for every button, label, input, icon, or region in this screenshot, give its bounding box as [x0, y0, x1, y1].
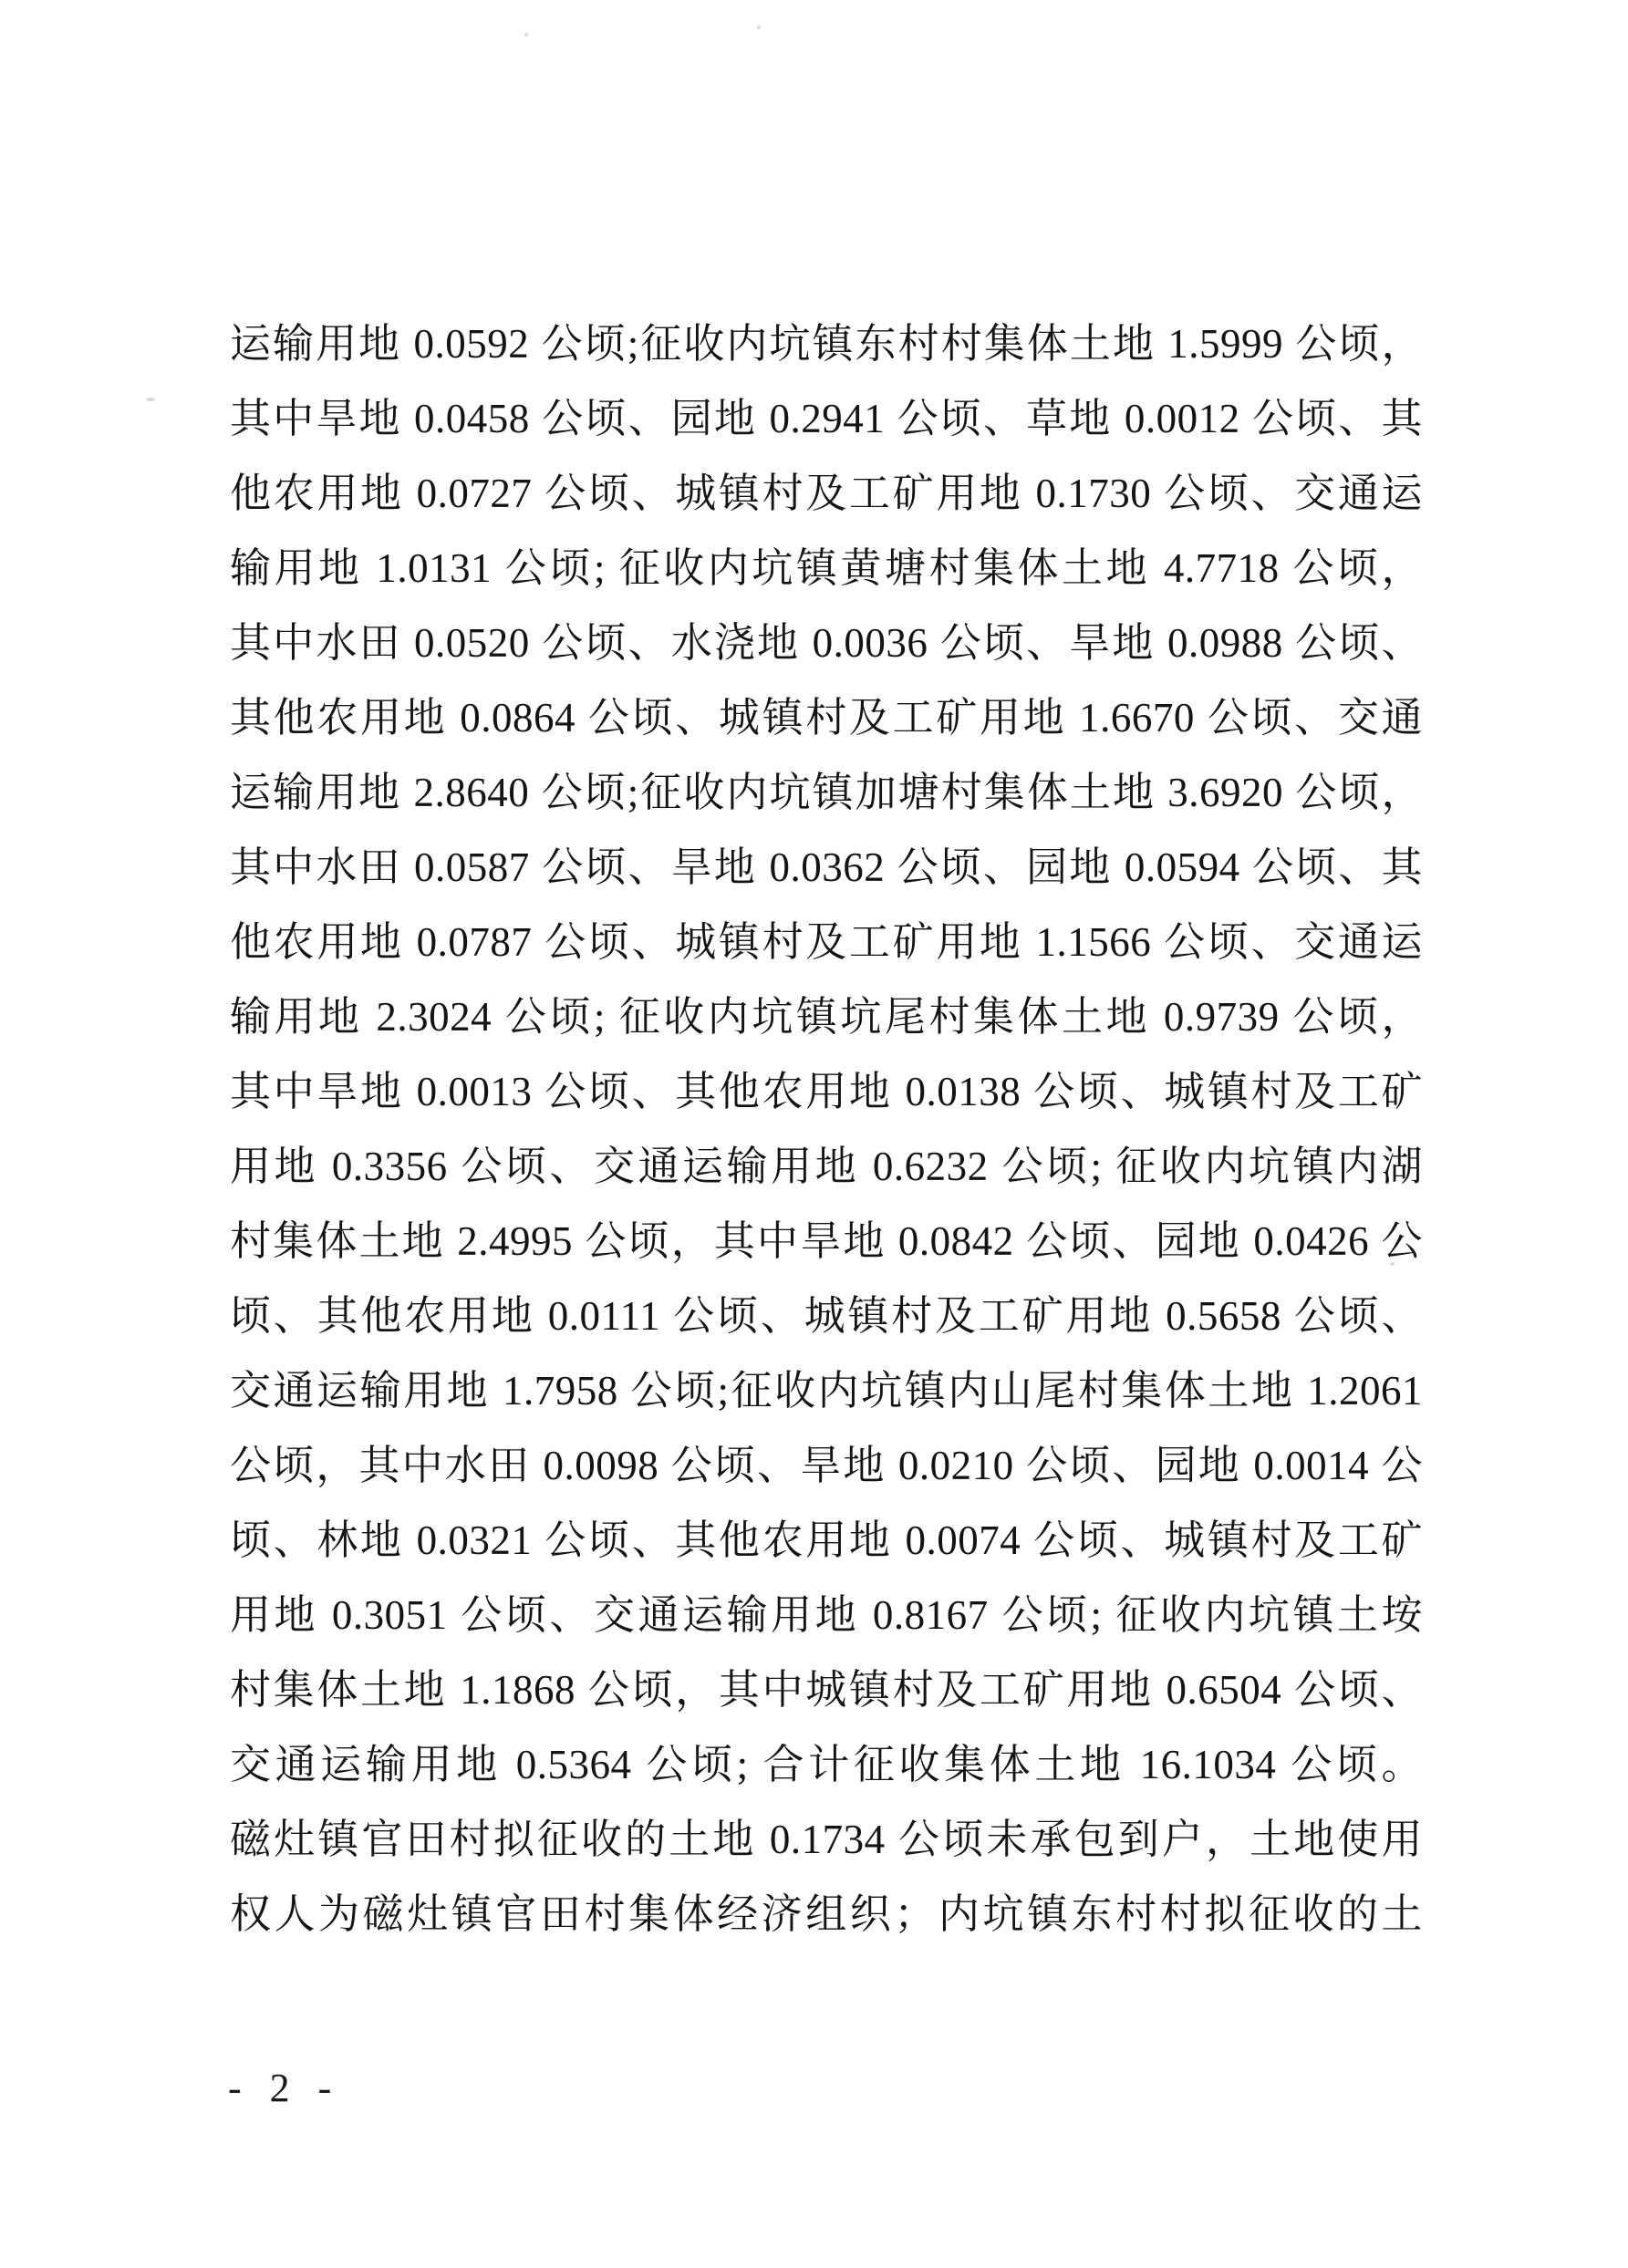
document-line: 交通运输用地 1.7958 公顷;征收内坑镇内山尾村集体土地 1.2061	[230, 1353, 1423, 1428]
document-line: 磁灶镇官田村拟征收的土地 0.1734 公顷未承包到户，土地使用	[230, 1802, 1423, 1877]
document-line: 运输用地 0.0592 公顷;征收内坑镇东村村集体土地 1.5999 公顷，	[230, 306, 1423, 381]
scanned-document-page: 运输用地 0.0592 公顷;征收内坑镇东村村集体土地 1.5999 公顷， 其…	[0, 0, 1628, 2268]
document-line: 其中旱地 0.0013 公顷、其他农用地 0.0138 公顷、城镇村及工矿	[230, 1054, 1423, 1129]
document-line: 公顷，其中水田 0.0098 公顷、旱地 0.0210 公顷、园地 0.0014…	[230, 1428, 1423, 1503]
document-line: 运输用地 2.8640 公顷;征收内坑镇加塘村集体土地 3.6920 公顷，	[230, 755, 1423, 830]
document-line: 他农用地 0.0787 公顷、城镇村及工矿用地 1.1566 公顷、交通运	[230, 905, 1423, 979]
document-line: 其中水田 0.0520 公顷、水浇地 0.0036 公顷、旱地 0.0988 公…	[230, 606, 1423, 680]
document-line: 他农用地 0.0727 公顷、城镇村及工矿用地 0.1730 公顷、交通运	[230, 456, 1423, 531]
document-line: 其他农用地 0.0864 公顷、城镇村及工矿用地 1.6670 公顷、交通	[230, 680, 1423, 755]
scan-artifact	[757, 26, 761, 29]
page-number: - 2 -	[228, 2068, 340, 2108]
document-line: 输用地 1.0131 公顷; 征收内坑镇黄塘村集体土地 4.7718 公顷，	[230, 531, 1423, 606]
document-line: 其中旱地 0.0458 公顷、园地 0.2941 公顷、草地 0.0012 公顷…	[230, 381, 1423, 456]
document-line: 村集体土地 2.4995 公顷，其中旱地 0.0842 公顷、园地 0.0426…	[230, 1204, 1423, 1279]
document-line: 输用地 2.3024 公顷; 征收内坑镇坑尾村集体土地 0.9739 公顷，	[230, 979, 1423, 1054]
document-line: 顷、林地 0.0321 公顷、其他农用地 0.0074 公顷、城镇村及工矿	[230, 1503, 1423, 1578]
document-line: 交通运输用地 0.5364 公顷; 合计征收集体土地 16.1034 公顷。	[230, 1727, 1423, 1802]
scan-artifact	[146, 398, 155, 401]
document-line: 用地 0.3356 公顷、交通运输用地 0.6232 公顷; 征收内坑镇内湖	[230, 1129, 1423, 1204]
document-line: 其中水田 0.0587 公顷、旱地 0.0362 公顷、园地 0.0594 公顷…	[230, 830, 1423, 905]
document-line: 顷、其他农用地 0.0111 公顷、城镇村及工矿用地 0.5658 公顷、	[230, 1279, 1423, 1353]
scan-artifact	[524, 33, 528, 36]
document-line: 村集体土地 1.1868 公顷，其中城镇村及工矿用地 0.6504 公顷、	[230, 1652, 1423, 1727]
document-line: 用地 0.3051 公顷、交通运输用地 0.8167 公顷; 征收内坑镇土垵	[230, 1578, 1423, 1652]
document-line: 权人为磁灶镇官田村集体经济组织；内坑镇东村村拟征收的土	[230, 1877, 1423, 1952]
document-body-text: 运输用地 0.0592 公顷;征收内坑镇东村村集体土地 1.5999 公顷， 其…	[230, 306, 1423, 1952]
